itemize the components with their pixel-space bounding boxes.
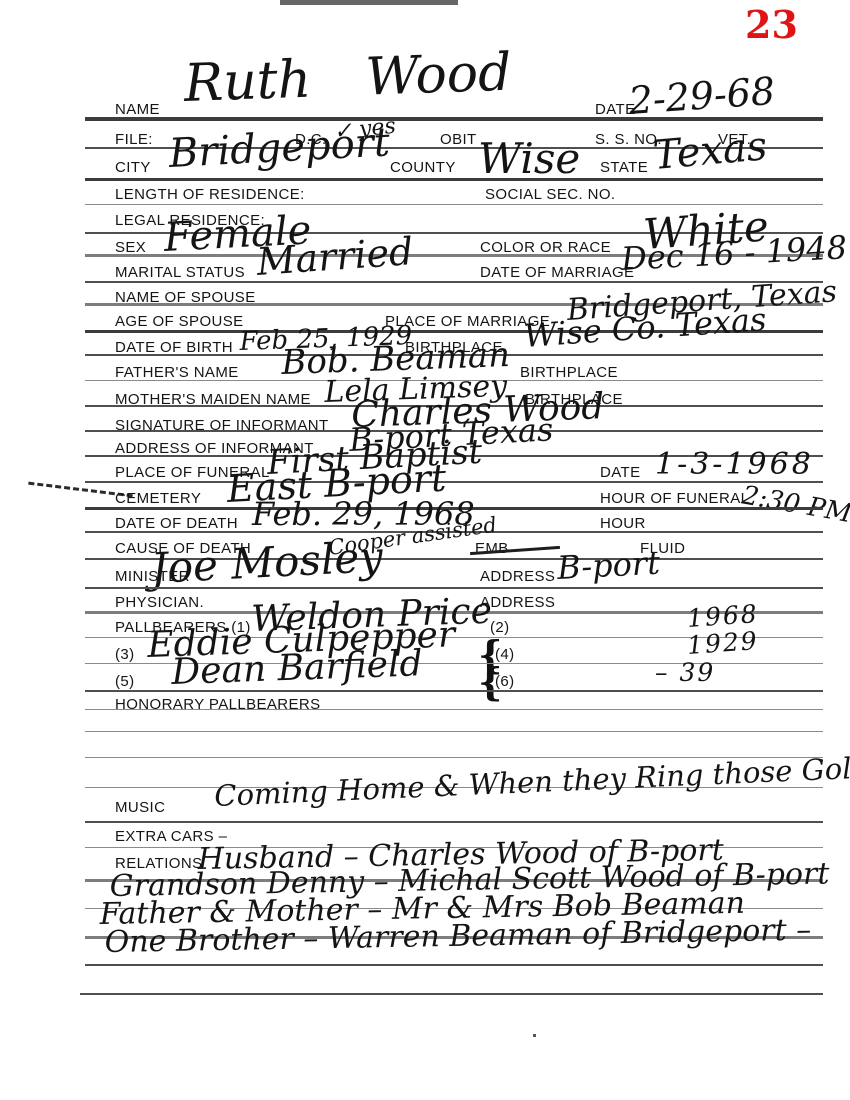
state-value-handwriting: Texas: [652, 126, 769, 176]
file-label: FILE:: [115, 131, 153, 148]
father-name-label: FATHER'S NAME: [115, 364, 239, 381]
pallbearer-5-handwriting: Dean Barfield: [171, 646, 423, 691]
marital-value-handwriting: Married: [255, 232, 414, 281]
county-label: COUNTY: [390, 159, 456, 176]
ruled-line: [85, 964, 823, 966]
marriage-date-value-handwriting: Dec 16 - 1948: [620, 231, 847, 275]
scan-top-bar: [280, 0, 458, 5]
ruled-line: [85, 709, 823, 710]
name-value-handwriting: Ruth Wood: [183, 47, 512, 110]
date-value-handwriting: 2-29-68: [627, 72, 776, 120]
ruled-line: [85, 117, 823, 121]
funeral-hour-label: HOUR OF FUNERAL: [600, 490, 749, 507]
funeral-date-label: DATE: [600, 464, 641, 481]
city-label: CITY: [115, 159, 151, 176]
pallbearers-3-label: (3): [115, 646, 135, 663]
marriage-date-label: DATE OF MARRIAGE: [480, 264, 634, 281]
county-value-handwriting: Wise: [478, 138, 580, 180]
ruled-line: [80, 993, 823, 995]
minister-value-handwriting: Joe Mosley: [150, 536, 384, 590]
calc-year-1929-handwriting: 1929: [686, 628, 759, 658]
city-value-handwriting: Bridgeport: [168, 122, 391, 174]
father-birthplace-label: BIRTHPLACE: [520, 364, 618, 381]
ruled-line: [85, 587, 823, 589]
funeral-hour-handwriting: 2:30 PM.: [740, 482, 850, 528]
funeral-date-handwriting: 1-3-1968: [655, 450, 814, 480]
honorary-pallbearers-label: HONORARY PALLBEARERS: [115, 696, 321, 713]
state-label: STATE: [600, 159, 648, 176]
social-sec-label: SOCIAL SEC. NO.: [485, 186, 615, 203]
music-label: MUSIC: [115, 799, 165, 816]
marital-status-label: MARITAL STATUS: [115, 264, 245, 281]
hour-label: HOUR: [600, 515, 646, 532]
birthplace-value-handwriting: Wise Co. Texas: [523, 303, 768, 352]
minister-address-handwriting: B-port: [556, 547, 660, 584]
ruled-line: [85, 178, 823, 181]
name-label: NAME: [115, 101, 160, 118]
ruled-line: [85, 481, 823, 483]
pallbearers-5-label: (5): [115, 673, 135, 690]
pallbearers-6-label: (6): [495, 673, 515, 690]
physician-label: PHYSICIAN.: [115, 594, 204, 611]
ruled-line: [85, 690, 823, 692]
death-date-label: DATE OF DEATH: [115, 515, 238, 532]
length-residence-label: LENGTH OF RESIDENCE:: [115, 186, 305, 203]
minister-address-label: ADDRESS: [480, 568, 555, 585]
obit-label: OBIT: [440, 131, 477, 148]
calc-age-39-handwriting: – 39: [655, 660, 715, 685]
scan-speck: [533, 1034, 536, 1037]
ruled-line: [85, 731, 823, 732]
page-number: 23: [745, 6, 798, 44]
scanned-funeral-record-card: 23 NAME Ruth Wood DATE 2-29-68 FILE: D.C…: [0, 0, 850, 1100]
cemetery-label: CEMETERY: [115, 490, 201, 507]
age-spouse-label: AGE OF SPOUSE: [115, 313, 244, 330]
ruled-line: [85, 821, 823, 823]
